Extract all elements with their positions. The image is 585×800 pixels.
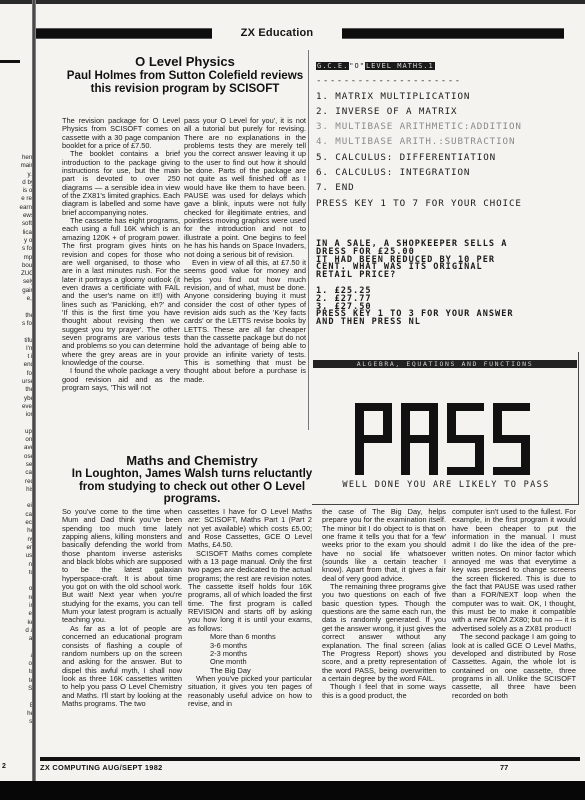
previous-page-number: 2 xyxy=(2,763,6,770)
zx-menu-prompt: PRESS KEY 1 TO 7 FOR YOUR CHOICE xyxy=(316,196,581,211)
article1-paragraph: The revision package for O Level Physics… xyxy=(62,117,180,150)
article1-paragraph: Even in view of all this, at £7.50 it se… xyxy=(184,259,306,384)
zx-question-line: RETAIL PRICE? xyxy=(316,272,581,280)
exam-time-options: More than 6 months 3-6 months 2-3 months… xyxy=(210,633,312,675)
zx-title-part: G.C.E. xyxy=(316,62,349,70)
article2-paragraph: As far as a lot of people are concerned … xyxy=(62,625,182,708)
zx-menu-item: 5. CALCULUS: DIFFERENTIATION xyxy=(316,150,581,165)
article2-paragraph: When you've picked your particular situa… xyxy=(188,675,312,708)
page-bottom-edge xyxy=(0,781,585,800)
zx-screen-menu: G.C.E."O"LEVEL MATHS.1 -----------------… xyxy=(316,58,581,211)
column-divider xyxy=(308,50,309,430)
gutter-text: hen, main y." d by is of e re- earn- ews… xyxy=(0,154,34,726)
article2-column-3: the case of The Big Day, helps prepare y… xyxy=(322,508,446,700)
article2-column-2: cassettes I have for O Level Maths are: … xyxy=(188,508,312,708)
letter-s-glyph xyxy=(493,403,530,475)
article1-paragraph: I found the whole package a very good re… xyxy=(62,367,180,392)
gutter-rule xyxy=(0,60,20,63)
article2-paragraph: The remaining three programs give you tw… xyxy=(322,583,446,683)
article2-paragraph: the case of The Big Day, helps prepare y… xyxy=(322,508,446,583)
header-bar-right xyxy=(342,28,564,39)
section-header: ZX Education xyxy=(36,26,565,40)
article2-paragraph: Though I feel that in some ways this is … xyxy=(322,683,446,700)
article2-paragraph: computer isn't used to the fullest. For … xyxy=(452,508,576,633)
article1-title: O Level Physics xyxy=(62,54,308,69)
zx-title-part: "O" xyxy=(349,62,365,70)
article2-column-4: computer isn't used to the fullest. For … xyxy=(452,508,576,700)
article2-column-1: So you've come to the time when Mum and … xyxy=(62,508,182,708)
article1-column-1: The revision package for O Level Physics… xyxy=(62,117,180,392)
article1-paragraph: pass your O Level for you', it is not al… xyxy=(184,117,306,259)
zx-screen-question: IN A SALE, A SHOPKEEPER SELLS A DRESS FO… xyxy=(316,241,581,327)
letter-a-glyph xyxy=(401,403,438,475)
zx-menu-item: 2. INVERSE OF A MATRIX xyxy=(316,104,581,119)
zx-result-message: WELL DONE YOU ARE LIKELY TO PASS xyxy=(313,480,579,490)
article2-paragraph: So you've come to the time when Mum and … xyxy=(62,508,182,625)
zx-menu-item: 3. MULTIBASE ARITHMETIC:ADDITION xyxy=(316,119,581,134)
zx-menu-item: 4. MULTIBASE ARITH.:SUBTRACTION xyxy=(316,134,581,149)
publication-footer: ZX COMPUTING AUG/SEPT 1982 xyxy=(40,763,163,772)
zx-result-title: ALGEBRA, EQUATIONS AND FUNCTIONS xyxy=(313,360,577,368)
article2-paragraph: The second package I am going to look at… xyxy=(452,633,576,700)
zx-menu-item: 1. MATRIX MULTIPLICATION xyxy=(316,89,581,104)
article1-subtitle: Paul Holmes from Sutton Colefield review… xyxy=(62,70,308,95)
article2-paragraph: cassettes I have for O Level Maths are: … xyxy=(188,508,312,550)
zx-question-prompt: AND THEN PRESS NL xyxy=(316,319,581,327)
zx-menu-item: 6. CALCULUS: INTEGRATION xyxy=(316,165,581,180)
previous-page-gutter: hen, main y." d by is of e re- earn- ews… xyxy=(0,30,36,770)
zx-menu-item: 7. END xyxy=(316,180,581,195)
page-top-edge xyxy=(0,0,585,4)
zx-title-part: LEVEL MATHS.1 xyxy=(365,62,435,70)
article1-column-2: pass your O Level for you', it is not al… xyxy=(184,117,306,384)
footer-rule xyxy=(40,757,580,761)
letter-p-glyph xyxy=(355,403,392,475)
zx-menu-title: G.C.E."O"LEVEL MATHS.1 xyxy=(316,62,435,71)
page-spine xyxy=(32,0,36,800)
article2-subtitle: In Loughton, James Walsh turns reluctant… xyxy=(62,468,322,506)
article1-paragraph: The cassette has eight programs, each us… xyxy=(62,217,180,367)
article2-title: Maths and Chemistry xyxy=(62,453,322,468)
article1-paragraph: The booklet contains a brief introductio… xyxy=(62,150,180,217)
article2-paragraph: SCISOFT Maths comes complete with a 13 p… xyxy=(188,550,312,633)
zx-menu-separator: --------------------- xyxy=(316,73,581,88)
page-number: 77 xyxy=(500,763,508,772)
letter-s-glyph xyxy=(447,403,484,475)
header-bar-left xyxy=(36,28,212,39)
pass-block-letters xyxy=(355,403,530,475)
section-title: ZX Education xyxy=(214,26,340,40)
